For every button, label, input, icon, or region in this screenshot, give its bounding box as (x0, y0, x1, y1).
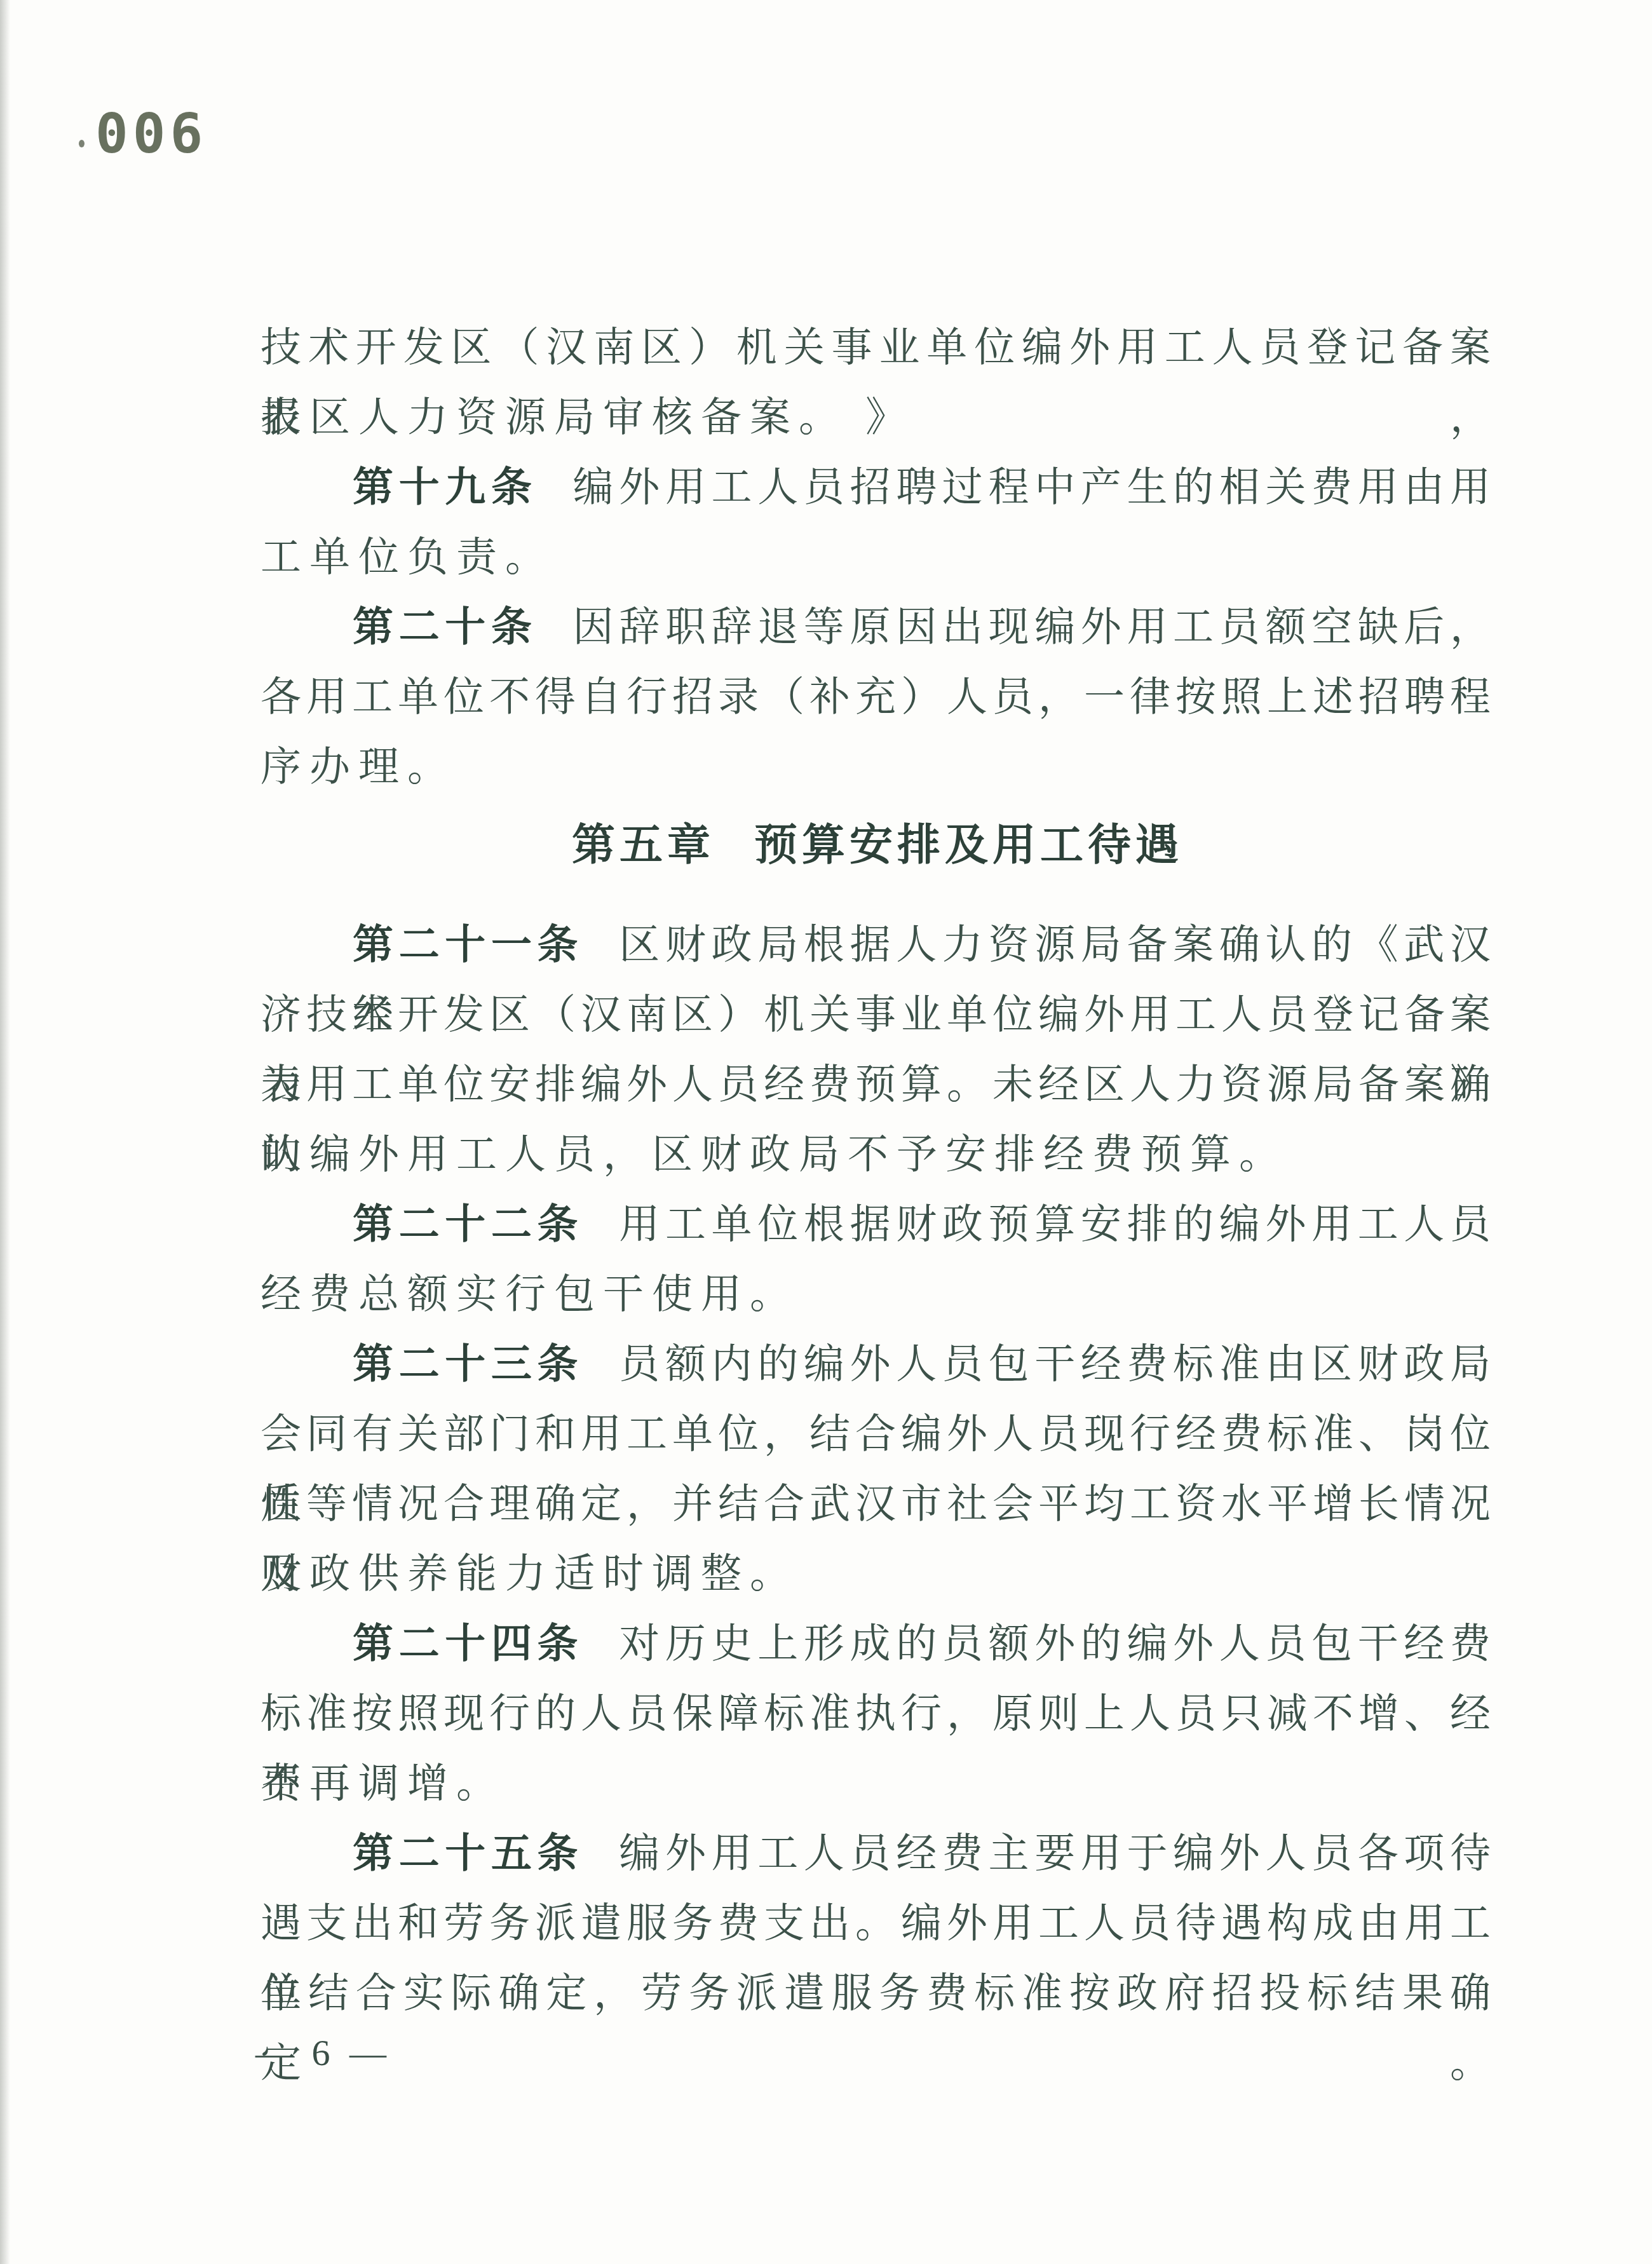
paragraph-line: 序办理。 (261, 732, 1494, 802)
page-stamp: 006 (95, 107, 207, 161)
chapter-title: 预算安排及用工待遇 (754, 821, 1183, 869)
stamp-number: 006 (95, 102, 207, 166)
paragraph-line: 第二十条因辞职辞退等原因出现编外用工员额空缺后， (261, 592, 1494, 662)
article-number: 第二十三条 (353, 1341, 583, 1386)
line-text: 编外用工人员经费主要用于编外人员各项待 (619, 1831, 1494, 1876)
line-text: 财政供养能力适时调整。 (261, 1551, 799, 1596)
paragraph-line: 财政供养能力适时调整。 (261, 1539, 1494, 1609)
line-text: 经费总额实行包干使用。 (261, 1271, 799, 1317)
paragraph-line: 第二十一条区财政局根据人力资源局备案确认的《武汉经 (261, 910, 1494, 980)
paragraph-line: 不再调增。 (261, 1749, 1494, 1819)
line-text: 位结合实际确定，劳务派遣服务费标准按政府招投标结果确定。 (261, 1970, 1494, 2085)
line-text: 用工单位根据财政预算安排的编外用工人员 (619, 1202, 1494, 1247)
chapter-heading: 第五章预算安排及用工待遇 (261, 816, 1494, 874)
line-text: 报区人力资源局审核备案。 (261, 395, 848, 440)
paragraphs-after-heading: 第二十一条区财政局根据人力资源局备案确认的《武汉经济技术开发区（汉南区）机关事业… (261, 910, 1494, 2028)
paragraphs-before-heading: 技术开发区（汉南区）机关事业单位编外用工人员登记备案表》，报区人力资源局审核备案… (261, 313, 1494, 802)
article-number: 第二十二条 (353, 1202, 583, 1247)
document-content: 技术开发区（汉南区）机关事业单位编外用工人员登记备案表》，报区人力资源局审核备案… (261, 313, 1494, 2028)
paragraph-line: 技术开发区（汉南区）机关事业单位编外用工人员登记备案表》， (261, 313, 1494, 383)
line-text: 的编外用工人员，区财政局不予安排经费预算。 (261, 1132, 1288, 1177)
paragraph-line: 第二十二条用工单位根据财政预算安排的编外用工人员 (261, 1190, 1494, 1259)
page: 006 技术开发区（汉南区）机关事业单位编外用工人员登记备案表》，报区人力资源局… (0, 0, 1652, 2264)
article-number: 第二十五条 (353, 1831, 583, 1876)
paragraph-line: 工单位负责。 (261, 522, 1494, 592)
page-number-footer: — 6 — (255, 2031, 391, 2075)
paragraph-line: 各用工单位不得自行招录（补充）人员，一律按照上述招聘程 (261, 662, 1494, 732)
paragraph-line: 第二十四条对历史上形成的员额外的编外人员包干经费 (261, 1609, 1494, 1679)
paragraph-line: 遇支出和劳务派遣服务费支出。编外用工人员待遇构成由用工单 (261, 1888, 1494, 1958)
line-text: 员额内的编外人员包干经费标准由区财政局 (619, 1341, 1494, 1386)
line-text: 编外用工人员招聘过程中产生的相关费用由用 (573, 464, 1494, 510)
line-text: 序办理。 (261, 744, 456, 789)
paragraph-line: 位结合实际确定，劳务派遣服务费标准按政府招投标结果确定。 (261, 1958, 1494, 2028)
paragraph-line: 质等情况合理确定，并结合武汉市社会平均工资水平增长情况及 (261, 1469, 1494, 1539)
paragraph-line: 的编外用工人员，区财政局不予安排经费预算。 (261, 1120, 1494, 1190)
paragraph-line: 第十九条编外用工人员招聘过程中产生的相关费用由用 (261, 452, 1494, 522)
article-number: 第十九条 (353, 464, 538, 510)
line-text: 不再调增。 (261, 1761, 505, 1806)
stamp-dot (79, 140, 85, 147)
article-number: 第二十四条 (353, 1621, 583, 1666)
paragraph-line: 经费总额实行包干使用。 (261, 1259, 1494, 1329)
paragraph-line: 济技术开发区（汉南区）机关事业单位编外用工人员登记备案表》 (261, 980, 1494, 1050)
article-number: 第二十一条 (353, 922, 583, 967)
paragraph-line: 为用工单位安排编外人员经费预算。未经区人力资源局备案确认 (261, 1050, 1494, 1120)
chapter-number: 第五章 (572, 821, 715, 869)
line-text: 工单位负责。 (261, 534, 554, 580)
line-text: 各用工单位不得自行招录（补充）人员，一律按照上述招聘程 (261, 674, 1494, 719)
paragraph-line: 标准按照现行的人员保障标准执行，原则上人员只减不增、经费 (261, 1679, 1494, 1749)
line-text: 对历史上形成的员额外的编外人员包干经费 (619, 1621, 1494, 1666)
paragraph-line: 第二十三条员额内的编外人员包干经费标准由区财政局 (261, 1329, 1494, 1399)
article-number: 第二十条 (353, 604, 538, 649)
paragraph-line: 第二十五条编外用工人员经费主要用于编外人员各项待 (261, 1819, 1494, 1888)
paragraph-line: 会同有关部门和用工单位，结合编外人员现行经费标准、岗位性 (261, 1399, 1494, 1469)
line-text: 因辞职辞退等原因出现编外用工员额空缺后， (573, 604, 1494, 649)
